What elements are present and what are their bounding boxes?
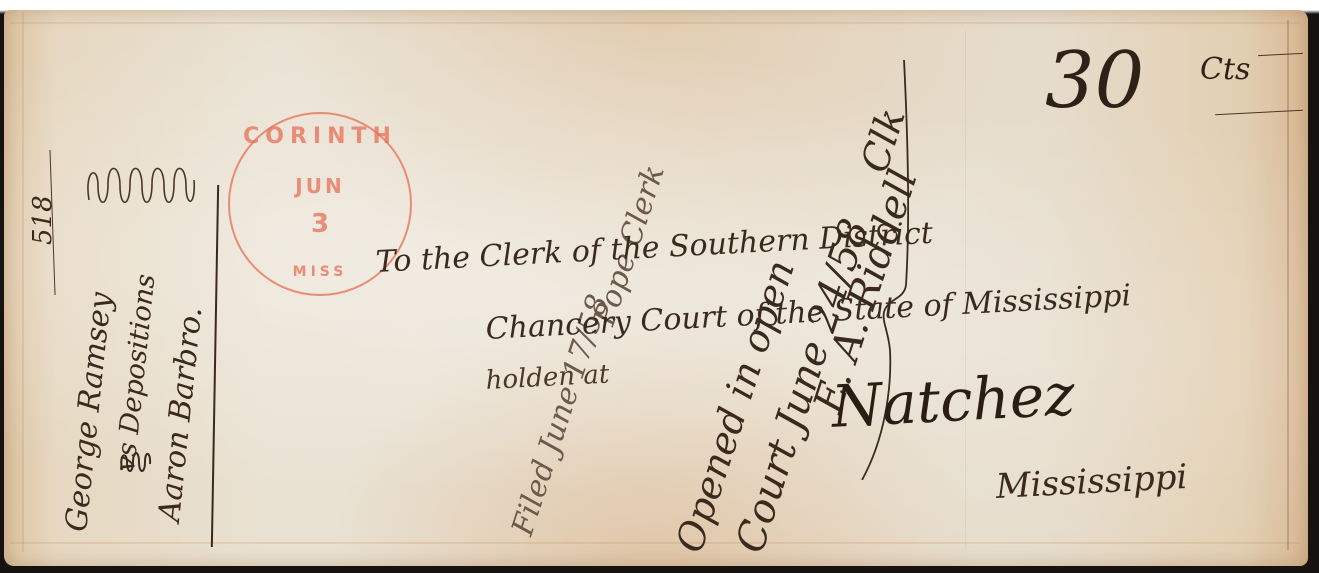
docket-number: 518: [30, 195, 56, 245]
fold-crease: [10, 22, 1300, 24]
document-scan: 518 George Ramsey vs Depositions Aaron B…: [0, 0, 1319, 573]
flourish-scribble-icon: [84, 160, 199, 212]
postmark-day: 3: [230, 209, 410, 239]
fold-crease: [10, 542, 1300, 544]
postage-rate: 30: [1045, 42, 1144, 120]
postmark-town: CORINTH: [230, 124, 410, 149]
address-line-3: holden at: [485, 362, 610, 394]
postmark-month: JUN: [230, 174, 410, 198]
postage-unit: Cts: [1200, 55, 1250, 85]
fold-crease: [1287, 20, 1289, 550]
fold-crease: [22, 12, 24, 552]
address-city: Natchez: [830, 365, 1076, 436]
address-state: Mississippi: [995, 460, 1188, 504]
